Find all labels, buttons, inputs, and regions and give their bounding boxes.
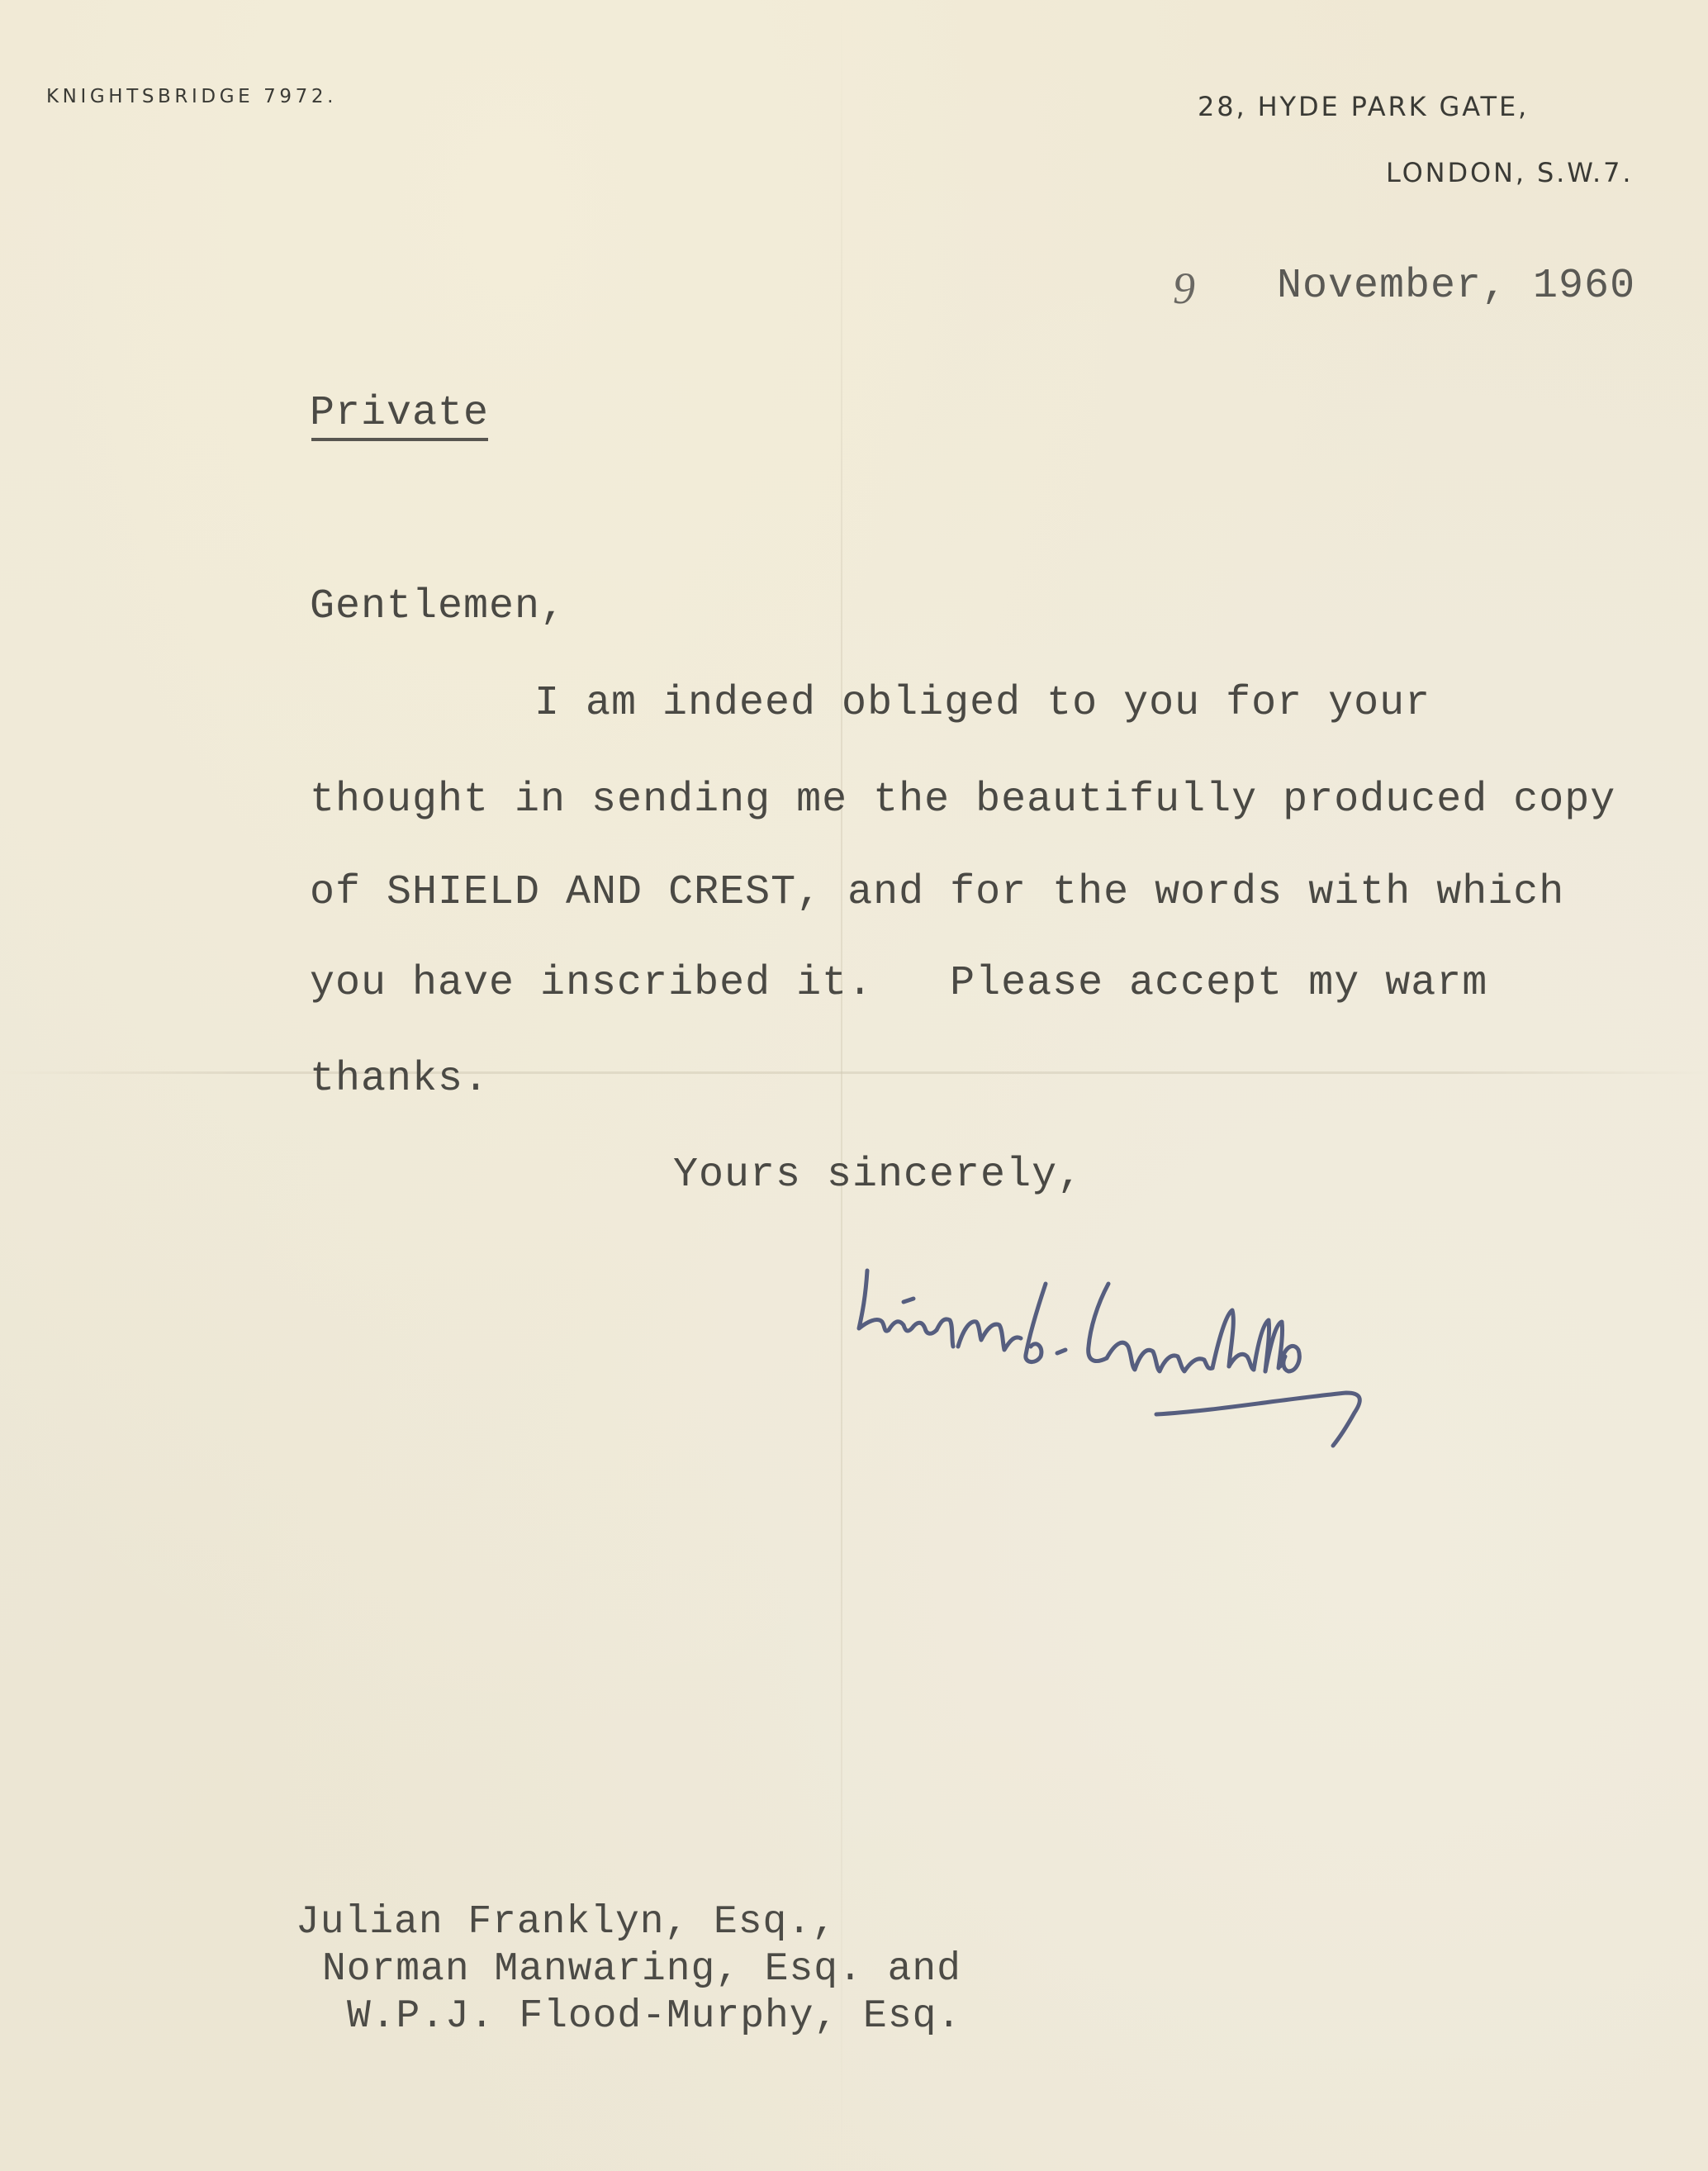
signature-icon: [834, 1231, 1611, 1462]
closing: Yours sincerely,: [673, 1152, 1083, 1199]
body-line: of SHIELD AND CREST, and for the words w…: [310, 869, 1564, 916]
private-underline: [311, 438, 488, 441]
body-line: you have inscribed it. Please accept my …: [310, 960, 1487, 1007]
letterhead-telephone: KNIGHTSBRIDGE 7972.: [46, 86, 337, 107]
private-marking: Private: [310, 390, 489, 437]
body-line: I am indeed obliged to you for your: [534, 680, 1430, 727]
recipient-line: Norman Manwaring, Esq. and: [322, 1947, 961, 1992]
salutation: Gentlemen,: [310, 583, 566, 630]
recipient-line: Julian Franklyn, Esq.,: [296, 1900, 837, 1945]
recipient-line: W.P.J. Flood-Murphy, Esq.: [347, 1994, 961, 2039]
paper-fold-vertical: [841, 0, 842, 2171]
letterhead-address-line-1: 28, HYDE PARK GATE,: [1198, 91, 1529, 122]
body-line: thanks.: [310, 1056, 489, 1103]
letter-page: KNIGHTSBRIDGE 7972. 28, HYDE PARK GATE, …: [0, 0, 1708, 2171]
letterhead-address-line-2: LONDON, S.W.7.: [1386, 157, 1633, 188]
date-day: 9: [1173, 263, 1196, 314]
handwritten-signature: [834, 1231, 1611, 1462]
body-line: thought in sending me the beautifully pr…: [310, 777, 1615, 824]
paper-fold-horizontal: [0, 1071, 1708, 1074]
date-month-year: November, 1960: [1277, 263, 1635, 310]
